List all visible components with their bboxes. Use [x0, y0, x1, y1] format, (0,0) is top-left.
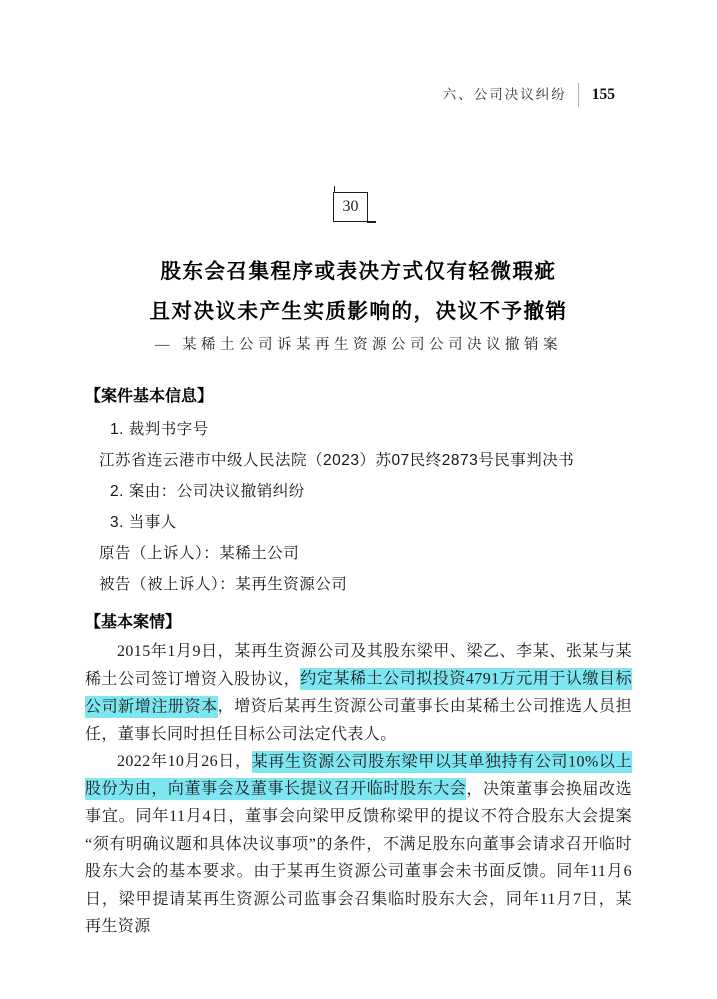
case-number-box: 30	[333, 192, 368, 222]
running-header: 六、公司决议纠纷 155	[443, 83, 615, 107]
case-number: 30	[343, 198, 359, 216]
info-line-cause-of-action: 2. 案由：公司决议撤销纠纷	[85, 476, 632, 507]
page-number: 155	[579, 86, 615, 104]
info-line-defendant: 被告（被上诉人）：某再生资源公司	[85, 569, 632, 600]
book-page: 六、公司决议纠纷 155 30 股东会召集程序或表决方式仅有轻微瑕疵 且对决议未…	[0, 0, 717, 999]
case-title: 股东会召集程序或表决方式仅有轻微瑕疵 且对决议未产生实质影响的，决议不予撤销	[0, 252, 717, 332]
basic-info-heading: 【案件基本信息】	[85, 386, 632, 408]
title-line-2: 且对决议未产生实质影响的，决议不予撤销	[0, 292, 717, 332]
title-line-1: 股东会召集程序或表决方式仅有轻微瑕疵	[0, 252, 717, 292]
chapter-title: 六、公司决议纠纷	[443, 83, 578, 107]
facts-heading: 【基本案情】	[85, 612, 632, 634]
facts-paragraph-2: 2022年10月26日，某再生资源公司股东梁甲以其单独持有公司10%以上股份为由…	[85, 748, 632, 941]
facts-paragraph-1: 2015年1月9日，某再生资源公司及其股东梁甲、梁乙、李某、张某与某稀土公司签订…	[85, 638, 632, 748]
section-facts: 【基本案情】 2015年1月9日，某再生资源公司及其股东梁甲、梁乙、李某、张某与…	[85, 612, 632, 941]
text-segment: 2022年10月26日，	[117, 753, 252, 770]
info-line-doc-number-label: 1. 裁判书字号	[85, 414, 632, 445]
section-basic-info: 【案件基本信息】 1. 裁判书字号 江苏省连云港市中级人民法院（2023）苏07…	[85, 386, 632, 600]
text-segment: ，决策董事会换届改选事宜。同年11月4日，董事会向梁甲反馈称梁甲的提议不符合股东…	[85, 781, 632, 936]
info-line-judgment-number: 江苏省连云港市中级人民法院（2023）苏07民终2873号民事判决书	[85, 445, 632, 476]
info-line-plaintiff: 原告（上诉人）：某稀土公司	[85, 538, 632, 569]
info-line-parties-label: 3. 当事人	[85, 507, 632, 538]
case-subtitle: — 某稀土公司诉某再生资源公司公司决议撤销案	[0, 333, 717, 354]
